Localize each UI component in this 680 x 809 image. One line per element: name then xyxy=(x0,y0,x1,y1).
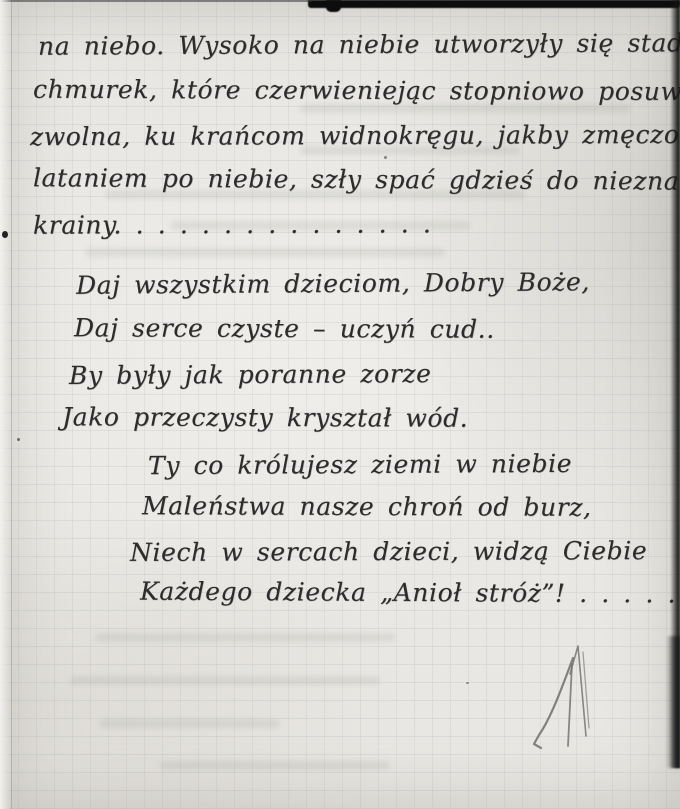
prose-line: lataniem po niebie, szły spać gdzieś do … xyxy=(33,163,680,196)
scanned-notebook-page: na niebo. Wysoko na niebie utworzyły się… xyxy=(0,0,680,809)
bleed-through-line xyxy=(100,719,280,728)
scan-edge-right-wedge xyxy=(666,636,680,768)
ink-speck xyxy=(17,438,20,441)
poem-line: By były jak poranne zorze xyxy=(69,359,432,390)
scan-edge-top-hairline xyxy=(0,0,312,2)
ink-speck xyxy=(2,231,8,238)
poem-line: Daj wszystkim dzieciom, Dobry Boże, xyxy=(76,267,590,300)
poem-line: Daj serce czyste – uczyń cud.. xyxy=(74,313,495,343)
scan-edge-top-nub xyxy=(326,0,341,12)
bleed-through-line xyxy=(95,633,395,642)
poem-line: Ty co królujesz ziemi w niebie xyxy=(148,449,572,480)
page-fold-line xyxy=(11,0,12,809)
prose-line: na niebo. Wysoko na niebie utworzyły się… xyxy=(38,28,680,60)
bleed-through-line xyxy=(70,676,380,685)
poem-line: Maleństwa nasze chroń od burz, xyxy=(142,491,592,522)
bleed-through-line xyxy=(85,248,445,257)
poem-line: Niech w sercach dzieci, widzą Ciebie xyxy=(130,536,647,567)
poem-line: Jako przeczysty kryształ wód. xyxy=(62,402,468,432)
ink-speck xyxy=(384,156,387,159)
prose-line: krainy. . . . . . . . . . . . . . . xyxy=(33,209,431,239)
poem-line: Każdego dziecka „Anioł stróż”! . . . . . xyxy=(140,577,676,609)
scan-edge-top xyxy=(308,0,680,8)
pencil-scribble-mark xyxy=(515,640,600,760)
bleed-through-line xyxy=(160,761,390,770)
ink-speck xyxy=(466,682,469,684)
prose-line: chmurek, które czerwieniejąc stopniowo p… xyxy=(33,75,680,107)
prose-line: zwolna, ku krańcom widnokręgu, jakby zmę… xyxy=(30,120,680,151)
